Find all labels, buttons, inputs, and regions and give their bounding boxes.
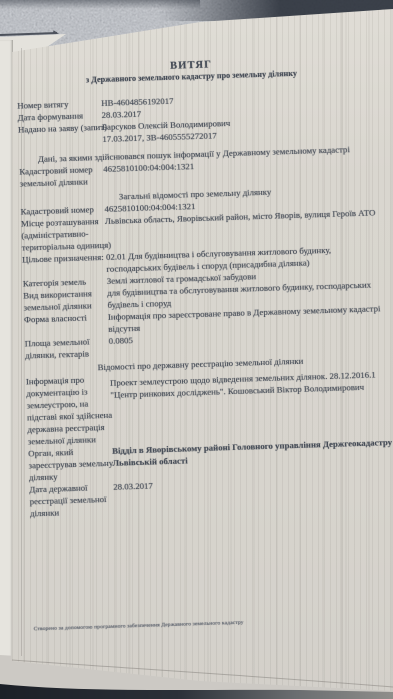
table-edge-graphic xyxy=(0,0,393,699)
photo-of-document: ВИТЯГ з Державного земельного кадастру п… xyxy=(0,0,393,699)
